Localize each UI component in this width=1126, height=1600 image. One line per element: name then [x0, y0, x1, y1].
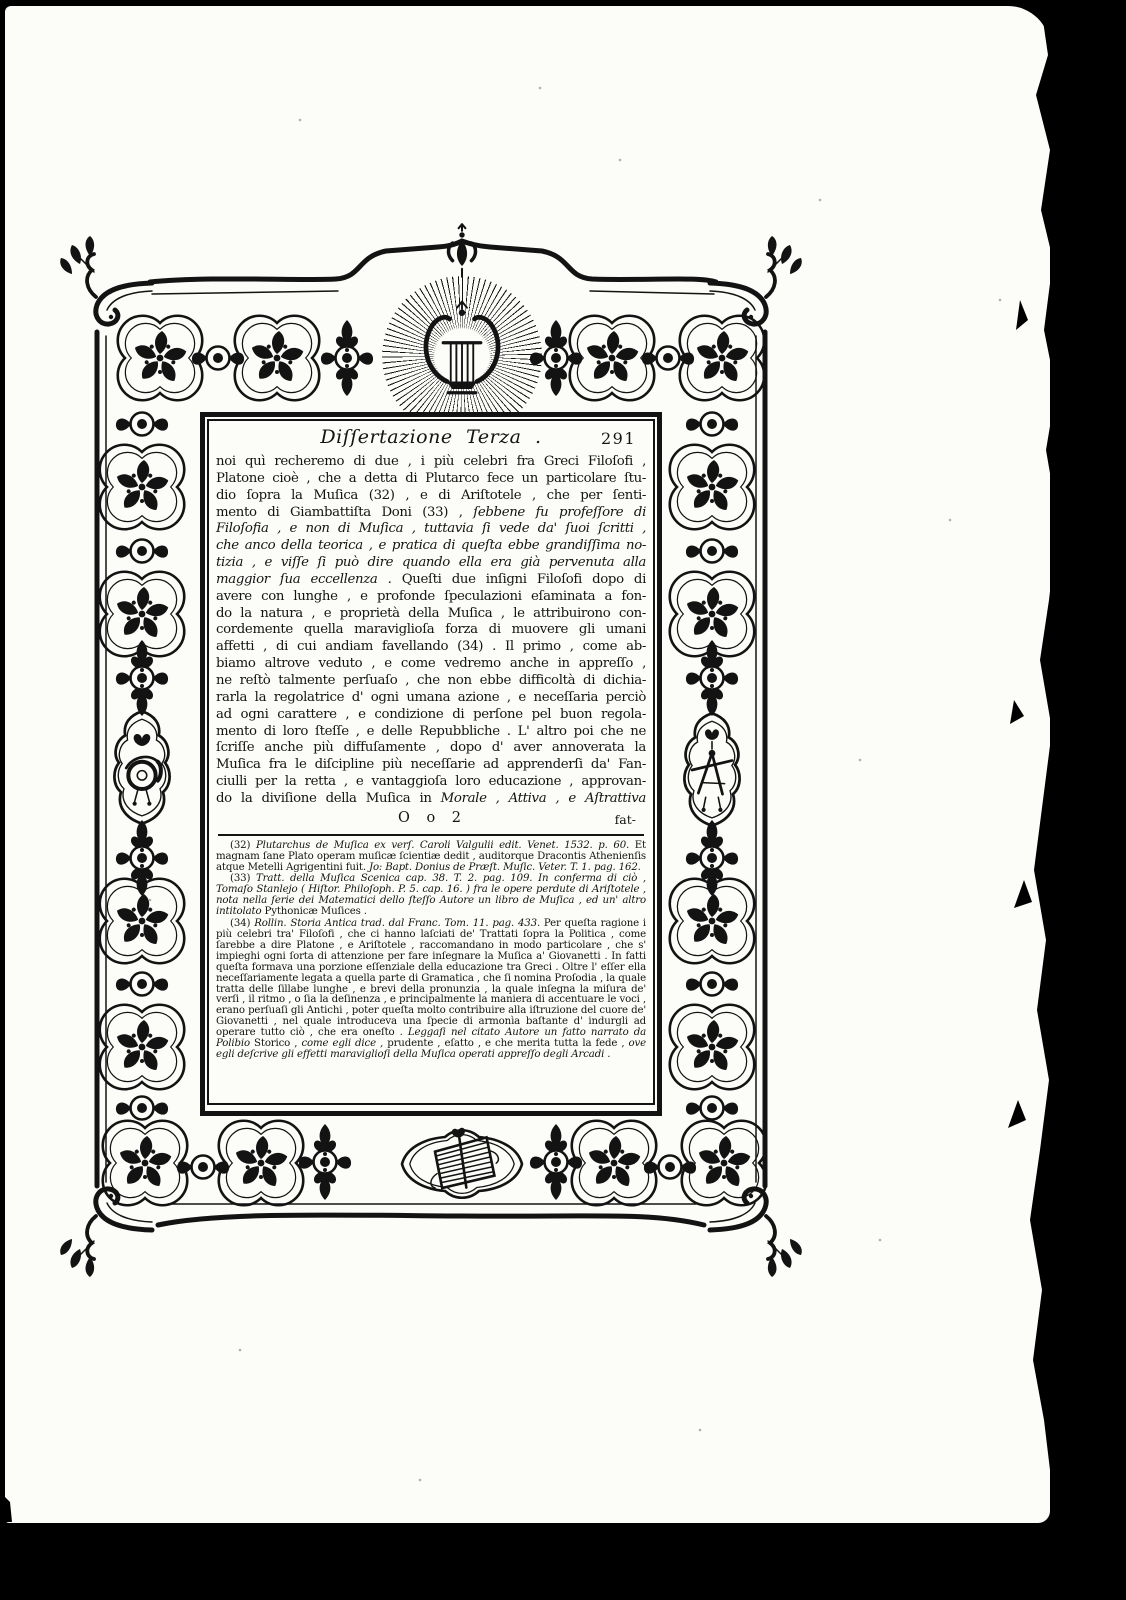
text-line: Platone cioè , che a detta di Plutarco f…	[216, 471, 646, 488]
footnote-32: (32) Plutarchus de Muſica ex verſ. Carol…	[216, 841, 646, 874]
text-line: mento di loro ſteſſe , e delle Repubblic…	[216, 724, 646, 741]
text-line: Filoſofia , e non di Muſica , tuttavia ſ…	[216, 521, 646, 538]
text-line: do la diviſione della Muſica in Morale ,…	[216, 791, 646, 808]
running-head: Diſſertazione Terza . 291	[216, 426, 646, 452]
text-frame: Diſſertazione Terza . 291 noi quì recher…	[200, 412, 662, 1116]
text-line: noi quì recheremo di due , i più celebri…	[216, 454, 646, 471]
body-text: noi quì recheremo di due , i più celebri…	[216, 454, 646, 808]
text-frame-inner-rule: Diſſertazione Terza . 291 noi quì recher…	[207, 419, 655, 1105]
signature-line: O o 2 fat-	[216, 810, 646, 827]
text-line: maggior ſua eccellenza . Queſti due inſi…	[216, 572, 646, 589]
footnote-rule	[218, 834, 644, 836]
footnotes: (32) Plutarchus de Muſica ex verſ. Carol…	[216, 841, 646, 1061]
text-line: Muſica fra le diſcipline più neceſſarie …	[216, 757, 646, 774]
text-line: ciulli per la retta , e vantaggioſa loro…	[216, 774, 646, 791]
text-line: ſcriſſe anche più diffuſamente , dopo d'…	[216, 740, 646, 757]
page-title: Diſſertazione Terza .	[320, 426, 541, 448]
text-line: mento di Giambattiſta Doni (33) , ſebben…	[216, 505, 646, 522]
text-line: biamo altrove veduto , e come vedremo an…	[216, 656, 646, 673]
text-line: dio ſopra la Muſica (32) , e di Ariſtote…	[216, 488, 646, 505]
text-line: cordemente quella maraviglioſa forza di …	[216, 622, 646, 639]
footnote-34: (34) Rollin. Storia Antica trad. dal Fra…	[216, 919, 646, 1061]
text-line: ad ogni carattere , e condizione di perſ…	[216, 707, 646, 724]
text-line: rarla la regolatrice d' ogni umana azion…	[216, 690, 646, 707]
footnote-33: (33) Tratt. della Muſica Scenica cap. 38…	[216, 874, 646, 918]
page-number: 291	[601, 429, 636, 448]
text-line: do la natura , e proprietà della Muſica …	[216, 606, 646, 623]
text-line: ne reſtò talmente perſuaſo , che non ebb…	[216, 673, 646, 690]
text-line: affetti , di cui andiam favellando (34) …	[216, 639, 646, 656]
text-line: tizia , e viſſe ſi può dire quando ella …	[216, 555, 646, 572]
text-line: che anco della teorica , e pratica di qu…	[216, 538, 646, 555]
gathering-signature: O o 2	[398, 810, 464, 826]
catchword: fat-	[615, 812, 636, 827]
text-line: avere con lunghe , e profonde ſpeculazio…	[216, 589, 646, 606]
